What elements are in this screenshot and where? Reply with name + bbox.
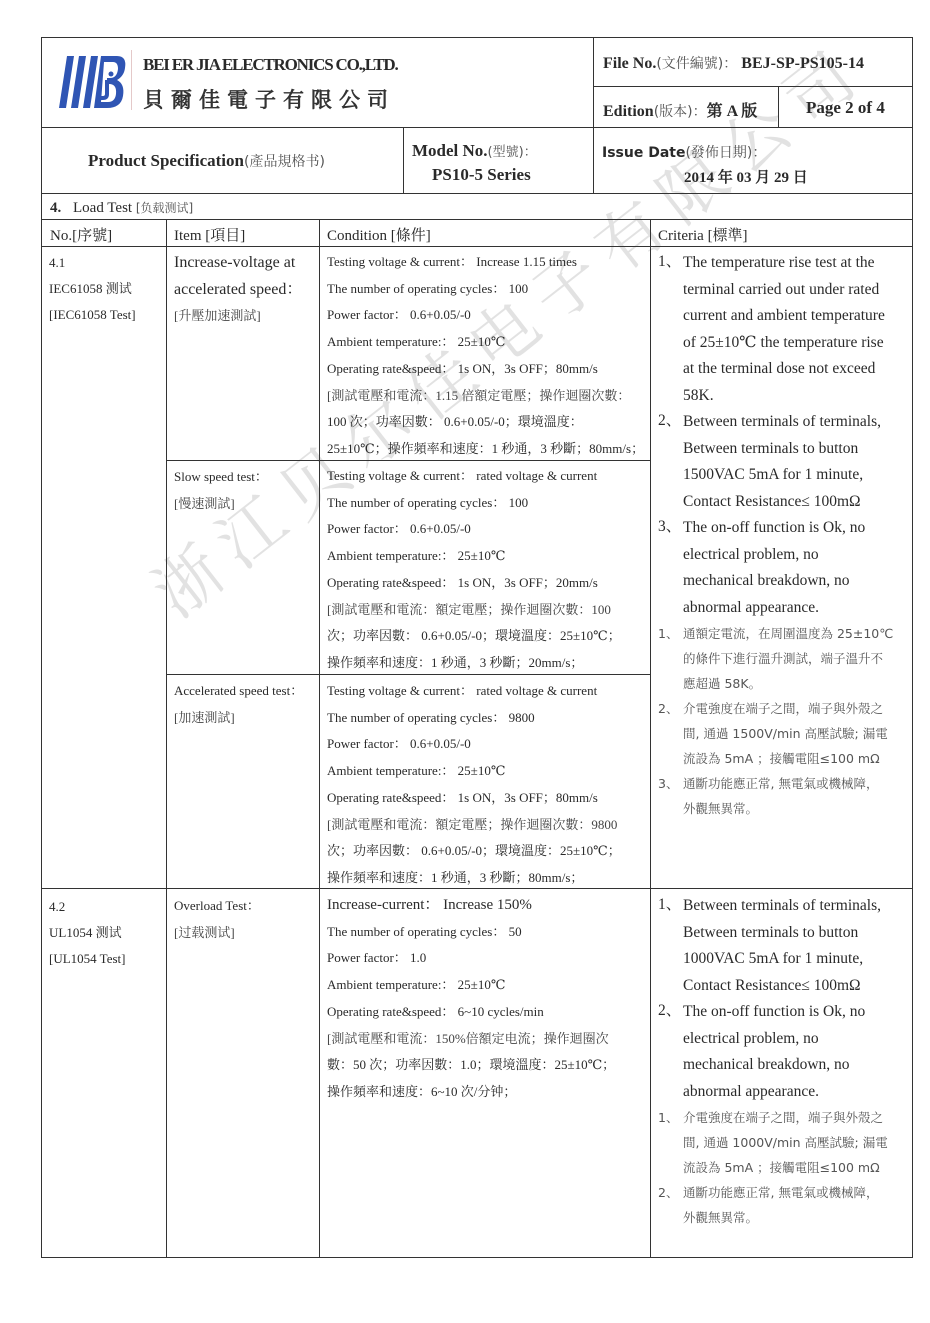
- criteria-number: 1、: [658, 621, 683, 696]
- condition-line: Testing voltage & current： rated voltage…: [327, 678, 647, 705]
- item-accelerated-speed: Accelerated speed test：[加速測試]: [174, 678, 316, 731]
- company-name-en: BEI ER JIA ELECTRONICS CO.,LTD.: [143, 55, 398, 75]
- item-line: Increase-voltage at: [174, 250, 316, 277]
- criteria-line-zh: 流設為 5mA ；接觸電阻≤100 mΩ: [683, 1155, 888, 1180]
- condition-line: 操作頻率和速度：1 秒通，3 秒斷；80mm/s；: [327, 865, 647, 892]
- condition-line: 次；功率因數： 0.6+0.05/-0；環境溫度：25±10℃；: [327, 623, 647, 650]
- row-number-line: [IEC61058 Test]: [49, 302, 164, 328]
- column-header-no: No.[序號]: [50, 224, 112, 245]
- issue-label: Issue Date: [602, 145, 685, 161]
- condition-line: Increase-current： Increase 150%: [327, 892, 647, 919]
- item-line: [过载测试]: [174, 920, 316, 947]
- condition-line: Operating rate&speed： 1s ON，3s OFF；80mm/…: [327, 785, 647, 812]
- row-number-line: UL1054 测试: [49, 920, 164, 946]
- condition-line: Ambient temperature:： 25±10℃: [327, 758, 647, 785]
- logo-divider: [131, 50, 132, 110]
- criteria-line: abnormal appearance.: [683, 1079, 865, 1106]
- criteria-number: 2、: [658, 1180, 683, 1230]
- criteria-line: at the terminal dose not exceed: [683, 356, 885, 383]
- file-no-value: BEJ-SP-PS105-14: [741, 55, 864, 72]
- item-line: accelerated speed：: [174, 277, 316, 304]
- page-indicator: Page 2 of 4: [806, 98, 885, 118]
- criteria-item: 2、The on-off function is Ok, noelectrica…: [658, 999, 908, 1105]
- condition-line: [測試電壓和電流：150%倍額定电流；操作迴圈次: [327, 1026, 647, 1053]
- file-no-label-zh: (文件編號)：: [656, 56, 737, 72]
- issue-date-label: Issue Date(發佈日期)：: [602, 142, 766, 162]
- criteria-number: 2、: [658, 409, 683, 515]
- company-name-zh: 貝爾佳電子有限公司: [143, 84, 395, 114]
- model-label-zh: (型號)：: [488, 145, 537, 160]
- product-spec-label: Product Specification: [88, 151, 244, 170]
- condition-line: 次；功率因數： 0.6+0.05/-0；環境溫度：25±10℃；: [327, 838, 647, 865]
- criteria-line: electrical problem, no: [683, 1026, 865, 1053]
- document-title: Product Specification(產品規格书): [88, 151, 325, 171]
- row-number-line: [UL1054 Test]: [49, 946, 164, 972]
- criteria-line: Between terminals to button: [683, 920, 881, 947]
- criteria-item: 2、Between terminals of terminals,Between…: [658, 409, 908, 515]
- criteria-line: Contact Resistance≤ 100mΩ: [683, 973, 881, 1000]
- company-logo-icon: [57, 54, 127, 110]
- condition-line: Ambient temperature:： 25±10℃: [327, 329, 647, 356]
- section-number: 4.: [50, 200, 61, 216]
- condition-overload: Increase-current： Increase 150%The numbe…: [327, 892, 647, 1106]
- criteria-item-zh: 3、通斷功能應正常, 無電氣或機械障，外觀無異常。: [658, 771, 908, 821]
- file-no-label: File No.: [603, 55, 656, 72]
- model-number-value: PS10-5 Series: [432, 165, 531, 185]
- column-header-condition: Condition [條件]: [327, 224, 431, 245]
- criteria-line-zh: 通斷功能應正常, 無電氣或機械障，: [683, 1180, 878, 1205]
- item-line: [慢速測試]: [174, 491, 316, 518]
- criteria-line-zh: 通額定電流，在周圍溫度為 25±10℃: [683, 621, 893, 646]
- section-heading: 4. Load Test [负载测试]: [50, 199, 193, 217]
- row-number-4-1: 4.1IEC61058 测试[IEC61058 Test]: [49, 250, 164, 328]
- item-increase-voltage: Increase-voltage ataccelerated speed：[升壓…: [174, 250, 316, 330]
- row-number-line: 4.2: [49, 894, 164, 920]
- criteria-line: Between terminals of terminals,: [683, 893, 881, 920]
- condition-line: [測試電壓和電流：額定電壓；操作迴圈次數：9800: [327, 812, 647, 839]
- row-number-4-2: 4.2UL1054 测试[UL1054 Test]: [49, 894, 164, 972]
- column-header-item: Item [項目]: [174, 224, 245, 245]
- item-line: [升壓加速測試]: [174, 303, 316, 330]
- condition-line: Ambient temperature:： 25±10℃: [327, 543, 647, 570]
- criteria-line: current and ambient temperature: [683, 303, 885, 330]
- criteria-line: 58K.: [683, 383, 885, 410]
- issue-date-value: 2014 年 03 月 29 日: [684, 166, 808, 187]
- criteria-line: 1500VAC 5mA for 1 minute,: [683, 462, 881, 489]
- criteria-item: 3、The on-off function is Ok, noelectrica…: [658, 515, 908, 621]
- section-title-zh: [负载测试]: [136, 201, 193, 215]
- condition-line: Power factor： 0.6+0.05/-0: [327, 731, 647, 758]
- item-line: Overload Test：: [174, 893, 316, 920]
- criteria-line-zh: 間, 通過 1000V/min 高壓試驗; 漏電: [683, 1130, 888, 1155]
- condition-line: [測試電壓和電流：額定電壓；操作迴圈次數：100: [327, 597, 647, 624]
- criteria-line-zh: 介電強度在端子之間，端子與外殼之: [683, 696, 888, 721]
- condition-line: The number of operating cycles： 100: [327, 276, 647, 303]
- item-line: [加速測試]: [174, 705, 316, 732]
- criteria-line: Contact Resistance≤ 100mΩ: [683, 489, 881, 516]
- item-slow-speed: Slow speed test：[慢速測試]: [174, 464, 316, 517]
- row-number-line: 4.1: [49, 250, 164, 276]
- edition: Edition(版本)：第 A 版: [603, 98, 757, 121]
- condition-line: Operating rate&speed： 6~10 cycles/min: [327, 999, 647, 1026]
- criteria-line: The on-off function is Ok, no: [683, 999, 865, 1026]
- criteria-4-1: 1、The temperature rise test at thetermin…: [658, 250, 908, 821]
- section-title: Load Test: [73, 200, 132, 216]
- criteria-line: 1000VAC 5mA for 1 minute,: [683, 946, 881, 973]
- criteria-number: 3、: [658, 771, 683, 821]
- criteria-line-zh: 通斷功能應正常, 無電氣或機械障，: [683, 771, 878, 796]
- criteria-line: Between terminals of terminals,: [683, 409, 881, 436]
- criteria-line: of 25±10℃ the temperature rise: [683, 330, 885, 357]
- condition-line: Power factor： 0.6+0.05/-0: [327, 516, 647, 543]
- condition-slow-speed: Testing voltage & current： rated voltage…: [327, 463, 647, 677]
- model-label: Model No.: [412, 141, 488, 160]
- criteria-line: Between terminals to button: [683, 436, 881, 463]
- criteria-4-2: 1、Between terminals of terminals,Between…: [658, 893, 908, 1230]
- condition-line: The number of operating cycles： 9800: [327, 705, 647, 732]
- condition-line: Operating rate&speed： 1s ON，3s OFF；80mm/…: [327, 356, 647, 383]
- column-header-criteria: Criteria [標準]: [658, 224, 748, 245]
- condition-line: Ambient temperature:： 25±10℃: [327, 972, 647, 999]
- criteria-item-zh: 2、通斷功能應正常, 無電氣或機械障，外觀無異常。: [658, 1180, 908, 1230]
- condition-accelerated-speed: Testing voltage & current： rated voltage…: [327, 678, 647, 892]
- condition-line: 數：50 次；功率因數：1.0；環境溫度：25±10℃；: [327, 1052, 647, 1079]
- criteria-line-zh: 間, 通過 1500V/min 高壓試驗; 漏電: [683, 721, 888, 746]
- product-spec-label-zh: (產品規格书): [244, 154, 325, 170]
- criteria-line-zh: 外觀無異常。: [683, 796, 878, 821]
- condition-line: [測試電壓和電流：1.15 倍額定電壓；操作迴圈次數：: [327, 383, 647, 410]
- condition-line: Operating rate&speed： 1s ON，3s OFF；20mm/…: [327, 570, 647, 597]
- criteria-line-zh: 的條件下進行溫升測試，端子溫升不: [683, 646, 893, 671]
- criteria-number: 2、: [658, 999, 683, 1105]
- criteria-item-zh: 2、介電強度在端子之間，端子與外殼之間, 通過 1500V/min 高壓試驗; …: [658, 696, 908, 771]
- edition-label: Edition: [603, 103, 654, 120]
- condition-line: Testing voltage & current： Increase 1.15…: [327, 249, 647, 276]
- criteria-number: 1、: [658, 893, 683, 999]
- criteria-line: The on-off function is Ok, no: [683, 515, 865, 542]
- item-line: Slow speed test：: [174, 464, 316, 491]
- condition-line: Testing voltage & current： rated voltage…: [327, 463, 647, 490]
- criteria-item-zh: 1、通額定電流，在周圍溫度為 25±10℃的條件下進行溫升測試，端子溫升不應超過…: [658, 621, 908, 696]
- condition-line: Power factor： 0.6+0.05/-0: [327, 302, 647, 329]
- criteria-number: 3、: [658, 515, 683, 621]
- condition-line: 25±10℃；操作頻率和速度：1 秒通，3 秒斷；80mm/s；: [327, 436, 647, 463]
- criteria-number: 2、: [658, 696, 683, 771]
- criteria-line-zh: 外觀無異常。: [683, 1205, 878, 1230]
- condition-line: 操作頻率和速度：6~10 次/分钟；: [327, 1079, 647, 1106]
- criteria-item: 1、Between terminals of terminals,Between…: [658, 893, 908, 999]
- criteria-line: mechanical breakdown, no: [683, 568, 865, 595]
- criteria-line-zh: 介電強度在端子之間，端子與外殼之: [683, 1105, 888, 1130]
- condition-line: Power factor： 1.0: [327, 945, 647, 972]
- criteria-line: abnormal appearance.: [683, 595, 865, 622]
- row-number-line: IEC61058 测试: [49, 276, 164, 302]
- criteria-item: 1、The temperature rise test at thetermin…: [658, 250, 908, 409]
- criteria-line-zh: 應超過 58K。: [683, 671, 893, 696]
- condition-line: 操作頻率和速度：1 秒通，3 秒斷；20mm/s；: [327, 650, 647, 677]
- condition-line: The number of operating cycles： 100: [327, 490, 647, 517]
- issue-label-zh: (發佈日期)：: [685, 145, 766, 161]
- criteria-line: mechanical breakdown, no: [683, 1052, 865, 1079]
- criteria-number: 1、: [658, 1105, 683, 1180]
- item-line: Accelerated speed test：: [174, 678, 316, 705]
- edition-label-zh: (版本)：: [654, 104, 707, 120]
- edition-value: 第 A 版: [707, 103, 758, 120]
- criteria-line-zh: 流設為 5mA ；接觸電阻≤100 mΩ: [683, 746, 888, 771]
- criteria-item-zh: 1、介電強度在端子之間，端子與外殼之間, 通過 1000V/min 高壓試驗; …: [658, 1105, 908, 1180]
- model-number-label: Model No.(型號)：: [412, 141, 537, 161]
- criteria-number: 1、: [658, 250, 683, 409]
- criteria-line: electrical problem, no: [683, 542, 865, 569]
- criteria-line: The temperature rise test at the: [683, 250, 885, 277]
- condition-line: The number of operating cycles： 50: [327, 919, 647, 946]
- condition-line: 100 次；功率因數： 0.6+0.05/-0；環境溫度：: [327, 409, 647, 436]
- item-overload: Overload Test：[过载测试]: [174, 893, 316, 946]
- condition-increase-voltage: Testing voltage & current： Increase 1.15…: [327, 249, 647, 463]
- file-number: File No.(文件編號)：BEJ-SP-PS105-14: [603, 53, 864, 73]
- criteria-line: terminal carried out under rated: [683, 277, 885, 304]
